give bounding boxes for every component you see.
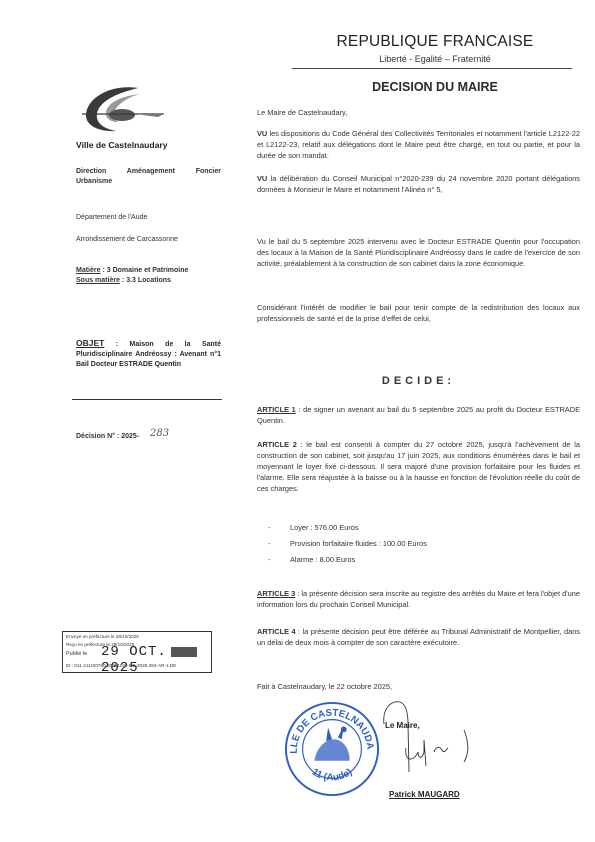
article-4-label: ARTICLE 4 bbox=[257, 627, 296, 636]
place-date: Fait à Castelnaudary, le 22 octobre 2025… bbox=[257, 681, 580, 692]
matiere-value: : 3 Domaine et Patrimoine bbox=[101, 267, 189, 274]
left-divider bbox=[72, 399, 222, 400]
article-3: ARTICLE 3 : la présente décision sera in… bbox=[257, 588, 580, 610]
signature-title: Le Maire, bbox=[385, 721, 420, 730]
stamp-published-label: Publié le bbox=[66, 651, 87, 657]
charge-item: -Loyer : 576.00 Euros bbox=[268, 523, 359, 532]
vu2-text: la délibération du Conseil Municipal n°2… bbox=[257, 174, 580, 194]
article-3-text: : la présente décision sera inscrite au … bbox=[257, 589, 580, 609]
republic-motto: Liberté - Egalité – Fraternité bbox=[290, 54, 580, 64]
article-2-text: : le bail est consenti à compter du 27 o… bbox=[257, 440, 580, 493]
vu1-text: les dispositions du Code Général des Col… bbox=[257, 129, 580, 160]
arrondissement: Arrondissement de Carcassonne bbox=[76, 236, 178, 243]
vu-paragraph-1: VU les dispositions du Code Général des … bbox=[257, 128, 580, 161]
sous-matiere: Sous matière : 3.3 Locations bbox=[76, 277, 171, 284]
article-1: ARTICLE 1 : de signer un avenant au bail… bbox=[257, 404, 580, 426]
intro: Le Maire de Castelnaudary, bbox=[257, 107, 580, 118]
article-2-label: ARTICLE 2 bbox=[257, 440, 297, 449]
decide-heading: DECIDE: bbox=[257, 375, 580, 387]
city-logo-icon bbox=[78, 84, 168, 134]
article-3-label: ARTICLE 3 bbox=[257, 589, 295, 598]
direction-line1: Direction Aménagement Foncier bbox=[76, 168, 221, 175]
vu-paragraph-3: Vu le bail du 5 septembre 2025 intervenu… bbox=[257, 236, 580, 269]
seal-text-bottom: 11 (Aude) bbox=[310, 767, 355, 784]
considerant-paragraph: Considérant l'intérêt de modifier le bai… bbox=[257, 302, 580, 324]
article-4-text: : la présente décision peut être déférée… bbox=[257, 627, 580, 647]
decision-number-label: Décision N° : 2025- bbox=[76, 433, 139, 440]
vu2-label: VU bbox=[257, 174, 267, 183]
stamp-ink-blot bbox=[171, 647, 197, 657]
matiere-label: Matière bbox=[76, 267, 101, 274]
mayor-signature-icon bbox=[378, 700, 473, 790]
decision-title: DECISION DU MAIRE bbox=[290, 80, 580, 94]
vu-paragraph-2: VU la délibération du Conseil Municipal … bbox=[257, 173, 580, 195]
objet-label: OBJET bbox=[76, 338, 104, 348]
objet: OBJET : Maison de la Santé Pluridiscipli… bbox=[76, 338, 221, 370]
city-name: Ville de Castelnaudary bbox=[76, 140, 168, 150]
stamp-id: ID : 011-211100760-20251022-DE-2025-283-… bbox=[66, 663, 176, 668]
direction-line2: Urbanisme bbox=[76, 178, 112, 185]
article-4: ARTICLE 4 : la présente décision peut êt… bbox=[257, 626, 580, 648]
charge-item: -Provision forfaitaire fluides : 100.00 … bbox=[268, 539, 427, 548]
sous-matiere-label: Sous matière bbox=[76, 277, 120, 284]
article-2: ARTICLE 2 : le bail est consenti à compt… bbox=[257, 439, 580, 494]
republic-title: REPUBLIQUE FRANCAISE bbox=[290, 33, 580, 51]
vu1-label: VU bbox=[257, 129, 267, 138]
stamp-sent: Envoyé en préfecture le 29/10/2025 bbox=[66, 634, 139, 639]
header-divider bbox=[292, 68, 572, 69]
sous-matiere-value: : 3.3 Locations bbox=[120, 277, 171, 284]
decision-number-handwritten: 283 bbox=[150, 428, 169, 439]
mayor-name: Patrick MAUGARD bbox=[389, 790, 460, 799]
article-1-text: : de signer un avenant au bail du 5 sept… bbox=[257, 405, 580, 425]
charge-item: -Alarme : 8.00 Euros bbox=[268, 555, 355, 564]
department: Département de l'Aude bbox=[76, 214, 147, 221]
prefecture-stamp: Envoyé en préfecture le 29/10/2025 Reçu … bbox=[62, 631, 212, 673]
svg-text:11 (Aude): 11 (Aude) bbox=[310, 767, 355, 784]
matiere: Matière : 3 Domaine et Patrimoine bbox=[76, 267, 188, 274]
city-seal-icon: VILLE DE CASTELNAUDARY 11 (Aude) bbox=[283, 700, 381, 798]
article-1-label: ARTICLE 1 bbox=[257, 405, 296, 414]
